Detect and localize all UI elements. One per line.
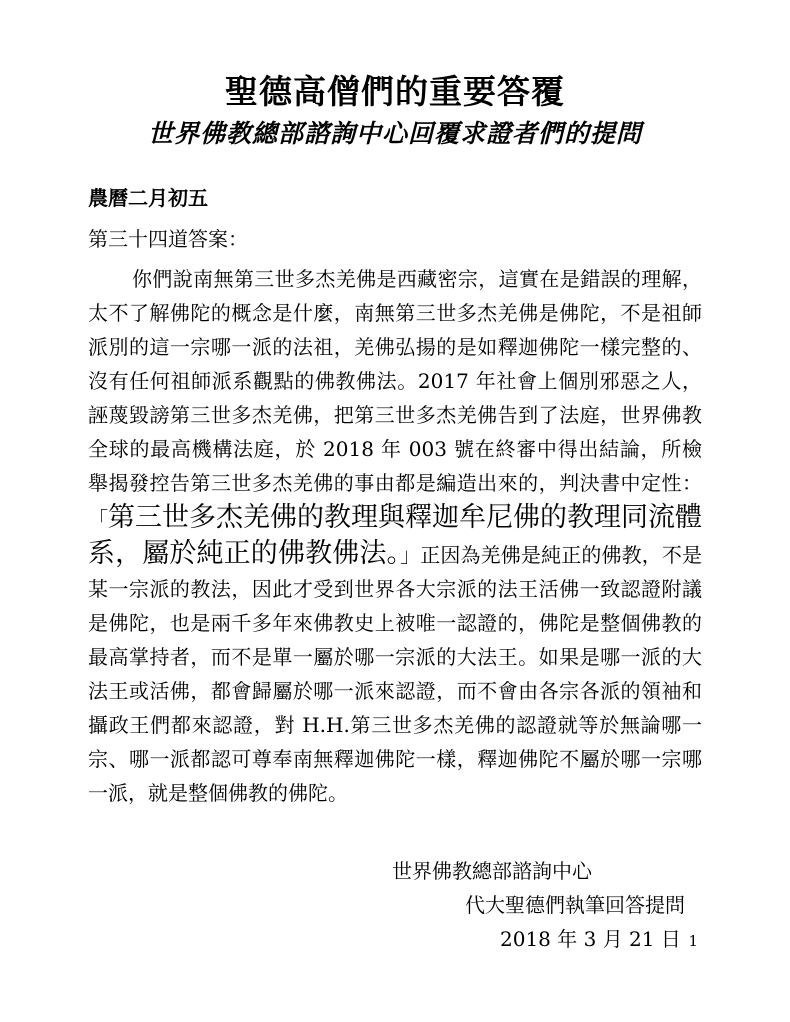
answer-paragraph: 你們說南無第三世多杰羌佛是西藏密宗，這實在是錯誤的理解，太不了解佛陀的概念是什麼…	[88, 262, 702, 810]
signature-organization: 世界佛教總部諮詢中心	[392, 854, 702, 888]
signature-date-line: 2018 年 3 月 21 日	[500, 922, 702, 956]
document-title: 聖德高僧們的重要答覆	[88, 70, 702, 115]
signature-author-line: 代大聖德們執筆回答提問	[465, 888, 702, 922]
answer-number-label: 第三十四道答案：	[88, 227, 702, 252]
document-content: 聖德高僧們的重要答覆 世界佛教總部諮詢中心回覆求證者們的提問 農曆二月初五 第三…	[0, 0, 790, 956]
document-page: 聖德高僧們的重要答覆 世界佛教總部諮詢中心回覆求證者們的提問 農曆二月初五 第三…	[0, 0, 790, 1022]
lunar-date-header: 農曆二月初五	[88, 186, 702, 211]
paragraph-text-after-quote: 」正因為羌佛是純正的佛教，不是某一宗派的教法，因此才受到世界各大宗派的法王活佛一…	[88, 543, 702, 805]
paragraph-text-before-quote: 你們說南無第三世多杰羌佛是西藏密宗，這實在是錯誤的理解，太不了解佛陀的概念是什麼…	[88, 267, 702, 531]
signature-block: 世界佛教總部諮詢中心 代大聖德們執筆回答提問 2018 年 3 月 21 日	[88, 854, 702, 956]
document-subtitle: 世界佛教總部諮詢中心回覆求證者們的提問	[88, 118, 702, 151]
page-number: 1	[688, 932, 698, 950]
